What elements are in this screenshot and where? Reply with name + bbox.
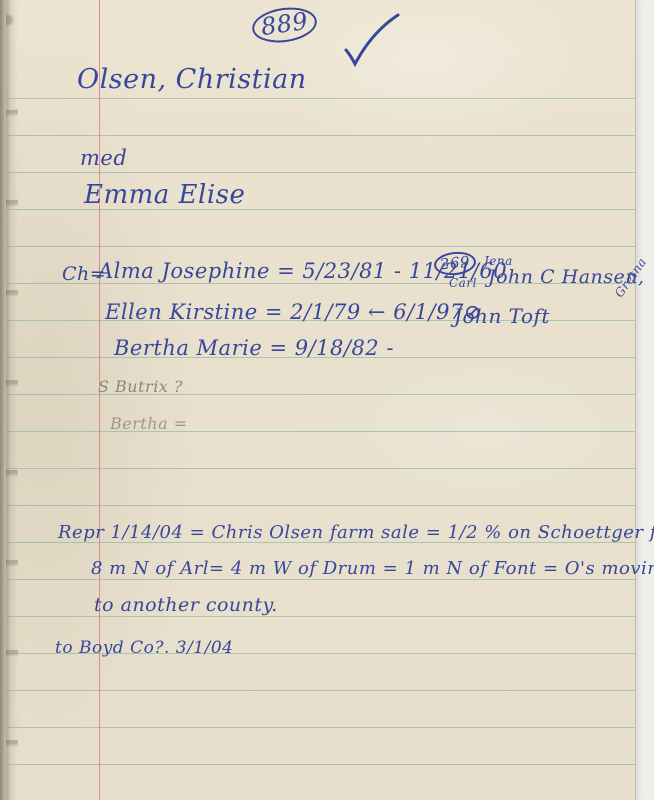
ref-number: 269 [433, 250, 477, 277]
page-number-circle: 889 [252, 8, 317, 42]
check-mark-icon [338, 10, 408, 72]
ref-number-circle: 269 [434, 252, 476, 275]
note-line-1: Repr 1/14/04 = Chris Olsen farm sale = 1… [58, 522, 654, 543]
surname-heading: Olsen, Christian [77, 64, 307, 95]
note-line-3: to another county. [94, 594, 278, 616]
scanned-page: 889 Olsen, Christian med Emma Elise Ch= … [0, 0, 654, 800]
child-row-2-spouse: John Toft [454, 304, 550, 328]
note-line-4: to Boyd Co?. 3/1/04 [55, 638, 233, 658]
page-number: 889 [250, 4, 319, 47]
note-line-2: 8 m N of Arl= 4 m W of Drum = 1 m N of F… [91, 558, 654, 579]
red-margin-line [99, 0, 100, 800]
paper-sheet: 889 Olsen, Christian med Emma Elise Ch= … [6, 0, 636, 800]
spouse-name: Emma Elise [84, 180, 245, 210]
pencil-note-2: Bertha = [110, 414, 188, 433]
child-row-1-sub-note: Carl [449, 276, 477, 290]
child-row-3: Bertha Marie = 9/18/82 - [114, 336, 394, 360]
child-row-2: Ellen Kirstine = 2/1/79 ← 6/1/97⊘ [105, 300, 482, 324]
married-label: med [80, 146, 127, 170]
pencil-note-1: S Butrix ? [98, 377, 183, 396]
